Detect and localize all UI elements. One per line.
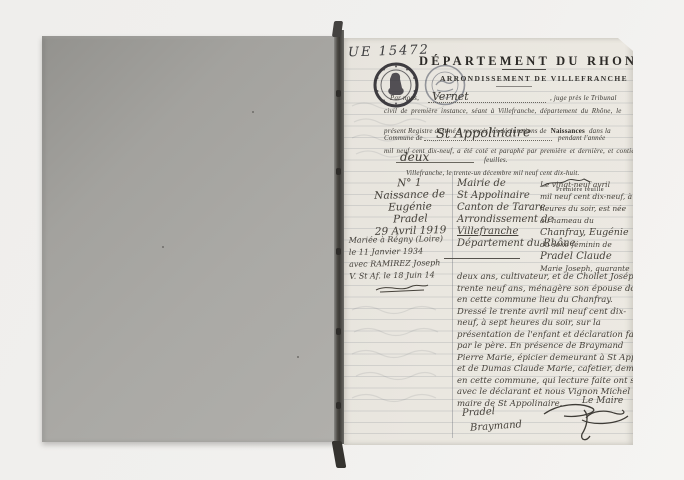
narrative-line: mil neuf cent dix-neuf, à huit: [540, 191, 650, 203]
narrative-line: heures du soir, est née: [540, 203, 650, 215]
narrative-line: Chanfray, Eugénie: [540, 227, 650, 239]
margin-rule: [452, 172, 453, 438]
narrative-line: Le vingt-neuf avril: [540, 179, 650, 191]
fill-rule: [396, 162, 474, 163]
mention-paraph-flourish: [374, 282, 430, 294]
narrative-line: du sexe féminin de: [540, 239, 650, 251]
paper-speck: [252, 111, 254, 113]
mention-line: Mariée à Régny (Loire): [349, 233, 443, 247]
act-margin-title-1: Naissance de: [374, 188, 446, 202]
narrative-line: en cette commune lieu du Chanfray.: [457, 295, 669, 307]
mention-line: V. St Af. le 18 Juin 14: [349, 269, 443, 283]
mayor-signature: [578, 406, 630, 426]
act-narrative-intro: Le vingt-neuf avril mil neuf cent dix-ne…: [540, 179, 650, 275]
sheet-label: feuilles.: [484, 156, 508, 164]
mairie-closing-rule: [444, 258, 520, 259]
binding-stitch: [336, 402, 341, 409]
narrative-line: au hameau du: [540, 215, 650, 227]
narrative-line: en cette commune, qui lecture faite ont …: [457, 376, 669, 388]
grey-cover-page: [42, 36, 335, 442]
narrative-line: et de Dumas Claude Marie, cafetier, deme…: [457, 364, 669, 376]
header-rule: [502, 69, 546, 70]
narrative-line: par le père. En présence de Braymand: [457, 341, 669, 353]
binding-cord-bottom: [332, 441, 347, 468]
paper-speck: [162, 246, 164, 248]
commune-suffix: pendant l'année: [558, 134, 605, 142]
form-line2: civil de première instance, séant à Vill…: [384, 107, 622, 115]
father-signature: Pradel: [462, 406, 496, 419]
narrative-line: avec le déclarant et nous Vignon Michel …: [457, 387, 669, 399]
act-margin-heading: N° 1 Naissance de Eugénie Pradel 29 Avri…: [373, 176, 447, 238]
narrative-line: neuf, à sept heures du soir, sur la: [457, 318, 669, 330]
form-par-nous: Par nous,: [390, 94, 419, 102]
narrative-line: Dressé le trente avril mil neuf cent dix…: [457, 307, 669, 319]
commune-label: Commune de: [384, 134, 423, 142]
act-margin-title-2: Eugénie Pradel: [374, 200, 447, 226]
narrative-line: deux ans, cultivateur, et de Chollet Jos…: [457, 272, 669, 284]
fill-rule: [428, 102, 546, 103]
narrative-line: Pierre Marie, épicier demeurant à St App…: [457, 353, 669, 365]
narrative-line: Pradel Claude: [540, 251, 650, 263]
department-title: DÉPARTEMENT DU RHONE: [419, 54, 649, 69]
fill-rule: [424, 140, 552, 141]
binding-stitch: [336, 168, 341, 175]
register-scan: UE 15472 DÉPARTEMENT DU RHONE ARRONDISSE…: [0, 0, 684, 480]
marriage-mention: Mariée à Régny (Loire) le 11 Janvier 193…: [349, 233, 444, 283]
narrative-line: trente neuf ans, ménagère son épouse dom…: [457, 284, 669, 296]
binding-stitch: [336, 328, 341, 335]
paper-speck: [297, 356, 299, 358]
bleed-through-texture: [350, 300, 450, 420]
binding-stitch: [336, 248, 341, 255]
register-first-page: UE 15472 DÉPARTEMENT DU RHONE ARRONDISSE…: [344, 38, 633, 445]
binding-stitch: [336, 90, 341, 97]
header-rule-2: [496, 86, 532, 87]
arrondissement-title: ARRONDISSEMENT DE VILLEFRANCHE: [440, 74, 628, 83]
archival-code: UE 15472: [348, 43, 430, 61]
act-narrative-body: deux ans, cultivateur, et de Chollet Jos…: [457, 272, 669, 410]
form-line1-end: , juge près le Tribunal: [550, 94, 617, 102]
narrative-line: présentation de l'enfant et déclaration …: [457, 330, 669, 342]
witness-signature: Braymand: [470, 419, 523, 434]
